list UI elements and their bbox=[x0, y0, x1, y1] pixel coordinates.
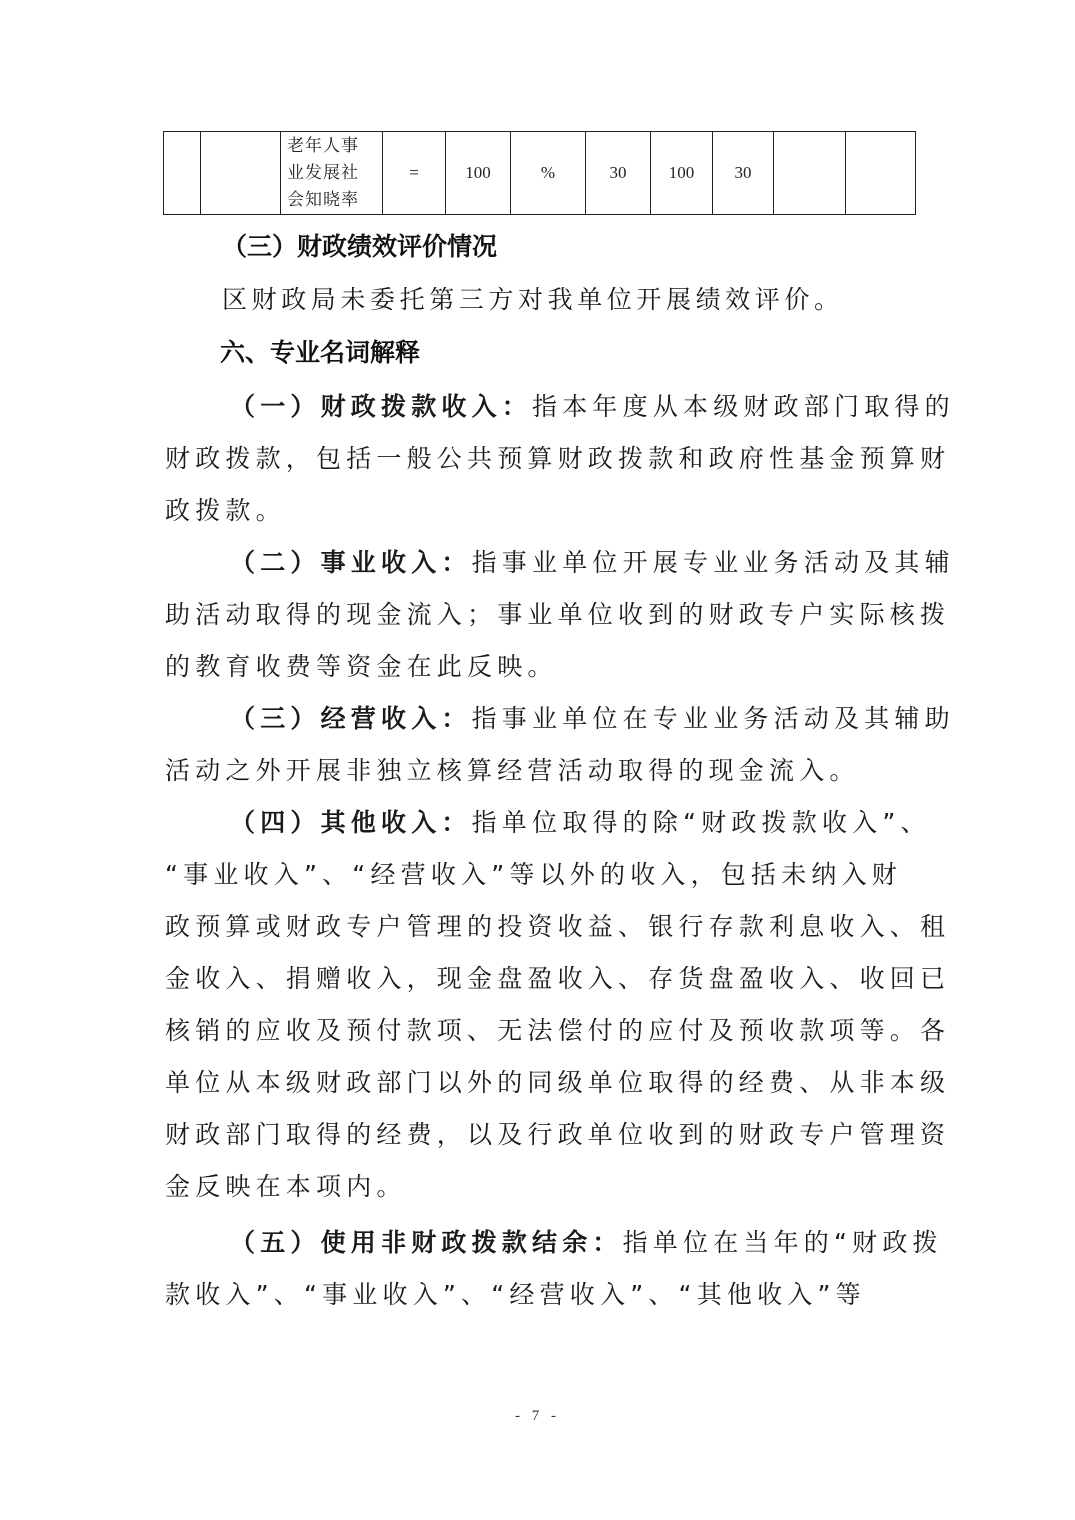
glossary-term-label: （五）使用非财政拨款结余： bbox=[230, 1228, 623, 1257]
document-page: 老年人事 业发展社 会知晓率 = 100 % 30 100 30 （三）财政绩效… bbox=[0, 0, 1075, 1520]
table-cell-level1 bbox=[164, 132, 201, 215]
glossary-text: 指单位在当年的“财政拨 bbox=[623, 1228, 943, 1257]
glossary-text: 指事业单位在专业业务活动及其辅助 bbox=[472, 704, 955, 733]
section-heading-fiscal-evaluation: （三）财政绩效评价情况 bbox=[222, 232, 497, 262]
table-cell-weight: 30 bbox=[586, 132, 651, 215]
paragraph-fiscal-evaluation: 区财政局未委托第三方对我单位开展绩效评价。 bbox=[222, 285, 972, 315]
glossary-term-label: （一）财政拨款收入： bbox=[230, 392, 532, 421]
table-cell-actual-value: 100 bbox=[651, 132, 713, 215]
glossary-term-4-line-7: 财政部门取得的经费，以及行政单位收到的财政专户管理资 bbox=[165, 1120, 915, 1150]
glossary-term-label: （三）经营收入： bbox=[230, 704, 472, 733]
performance-indicator-table: 老年人事 业发展社 会知晓率 = 100 % 30 100 30 bbox=[163, 131, 916, 215]
indicator-line: 老年人事 bbox=[287, 133, 382, 160]
glossary-term-4-line-8: 金反映在本项内。 bbox=[165, 1172, 915, 1202]
glossary-text: 指本年度从本级财政部门取得的 bbox=[532, 392, 955, 421]
section-heading-glossary: 六、专业名词解释 bbox=[220, 338, 420, 368]
glossary-term-4-line-3: 政预算或财政专户管理的投资收益、银行存款利息收入、租 bbox=[165, 912, 915, 942]
table-cell-level2 bbox=[201, 132, 281, 215]
glossary-term-4-line-6: 单位从本级财政部门以外的同级单位取得的经费、从非本级 bbox=[165, 1068, 915, 1098]
indicator-line: 会知晓率 bbox=[287, 187, 382, 214]
glossary-term-2-line-2: 助活动取得的现金流入；事业单位收到的财政专户实际核拨 bbox=[165, 600, 915, 630]
glossary-term-3-line-1: （三）经营收入：指事业单位在专业业务活动及其辅助 bbox=[230, 704, 980, 734]
glossary-text: 指事业单位开展专业业务活动及其辅 bbox=[472, 548, 955, 577]
glossary-term-2-line-1: （二）事业收入：指事业单位开展专业业务活动及其辅 bbox=[230, 548, 980, 578]
table-row: 老年人事 业发展社 会知晓率 = 100 % 30 100 30 bbox=[164, 132, 916, 215]
table-cell-target-value: 100 bbox=[446, 132, 511, 215]
indicator-line: 业发展社 bbox=[287, 160, 382, 187]
glossary-term-1-line-1: （一）财政拨款收入：指本年度从本级财政部门取得的 bbox=[230, 392, 980, 422]
glossary-term-5-line-1: （五）使用非财政拨款结余：指单位在当年的“财政拨 bbox=[230, 1228, 980, 1258]
glossary-term-label: （二）事业收入： bbox=[230, 548, 472, 577]
table-cell-reason bbox=[774, 132, 846, 215]
glossary-term-2-line-3: 的教育收费等资金在此反映。 bbox=[165, 652, 915, 682]
table-cell-score: 30 bbox=[713, 132, 774, 215]
glossary-text: 指单位取得的除“财政拨款收入”、 bbox=[472, 808, 931, 837]
table-cell-remark bbox=[846, 132, 916, 215]
table-cell-indicator: 老年人事 业发展社 会知晓率 bbox=[281, 132, 383, 215]
table-cell-unit: % bbox=[511, 132, 586, 215]
glossary-term-1-line-3: 政拨款。 bbox=[165, 496, 915, 526]
table-cell-operator: = bbox=[383, 132, 446, 215]
glossary-term-label: （四）其他收入： bbox=[230, 808, 472, 837]
glossary-term-4-line-2: “事业收入”、“经营收入”等以外的收入，包括未纳入财 bbox=[165, 860, 915, 890]
glossary-term-5-line-2: 款收入”、“事业收入”、“经营收入”、“其他收入”等 bbox=[165, 1280, 915, 1310]
page-number: - 7 - bbox=[0, 1408, 1075, 1425]
glossary-term-4-line-1: （四）其他收入：指单位取得的除“财政拨款收入”、 bbox=[230, 808, 980, 838]
glossary-term-3-line-2: 活动之外开展非独立核算经营活动取得的现金流入。 bbox=[165, 756, 915, 786]
glossary-term-4-line-5: 核销的应收及预付款项、无法偿付的应付及预收款项等。各 bbox=[165, 1016, 915, 1046]
glossary-term-1-line-2: 财政拨款，包括一般公共预算财政拨款和政府性基金预算财 bbox=[165, 444, 915, 474]
glossary-term-4-line-4: 金收入、捐赠收入，现金盘盈收入、存货盘盈收入、收回已 bbox=[165, 964, 915, 994]
